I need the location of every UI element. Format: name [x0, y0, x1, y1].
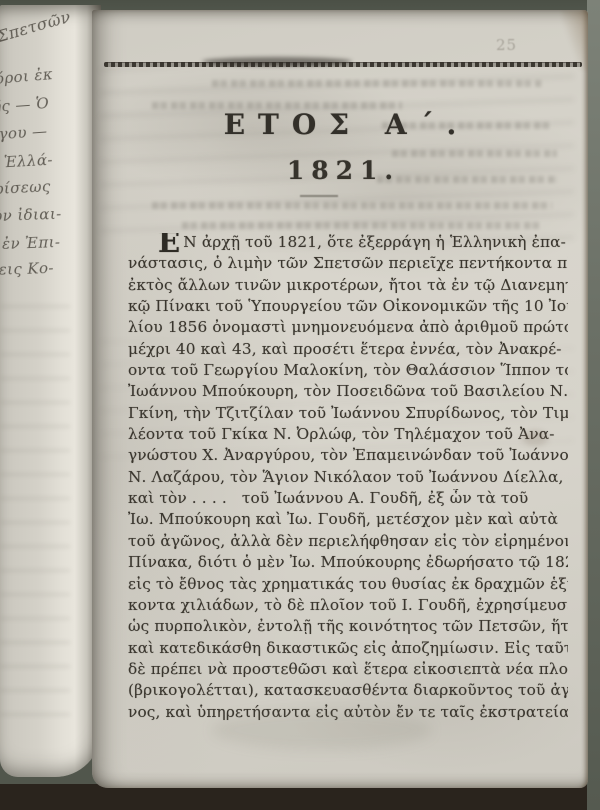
chapter-year: 1821. [92, 156, 588, 185]
body-line: Ν. Λαζάρου, τὸν Ἅγιον Νικόλαον τοῦ Ἰωάνν… [128, 468, 568, 489]
page-number: 25 [496, 36, 517, 54]
body-line: Ἰω. Μπούκουρη καὶ Ἰω. Γουδῆ, μετέσχον μὲ… [128, 510, 568, 531]
body-line: ἐκτὸς ἄλλων τινῶν μικροτέρων, ἤτοι τὰ ἐν… [128, 276, 568, 297]
body-line: δὲ πρέπει νὰ προστεθῶσι καὶ ἕτερα εἰκοσι… [128, 660, 568, 681]
facing-page-text-fragment: ἐν Ἐπι- [2, 233, 61, 253]
header-rule-smudge [202, 57, 352, 66]
body-lines: νάστασις, ὁ λιμὴν τῶν Σπετσῶν περιεῖχε π… [128, 254, 568, 724]
facing-page-text-fragment: Σπετσῶν [0, 7, 73, 46]
body-line: Γκίνη, τὴν Τζιτζίλαν τοῦ Ἰωάννου Σπυρίδω… [128, 404, 568, 425]
body-line: λέοντα τοῦ Γκίκα Ν. Ὀρλώφ, τὸν Τηλέμαχον… [128, 425, 568, 446]
body-line: γνώστου Χ. Ἀναργύρου, τὸν Ἐπαμεινώνδαν τ… [128, 446, 568, 467]
facing-page-text-fragment: ωρίσεως [0, 177, 51, 199]
body-line: Ἰωάννου Μπούκουρη, τὸν Ποσειδῶνα τοῦ Βασ… [128, 382, 568, 403]
body-line: εἰς τὸ ἔθνος τὰς χρηματικάς του θυσίας ἐ… [128, 575, 568, 596]
show-through-line [212, 80, 542, 87]
body-line: καὶ κατεδικάσθη δικαστικῶς εἰς ἀποζημίωσ… [128, 639, 568, 660]
body-line: (βρικογολέτται), κατασκευασθέντα διαρκοῦ… [128, 681, 568, 702]
chapter-title: ΕΤΟΣ Α΄. [92, 108, 588, 141]
body-line: καὶ τὸν . . . . τοῦ Ἰωάννου Α. Γουδῆ, ἐξ… [128, 489, 568, 510]
body-text: ΕΝ ἀρχῇ τοῦ 1821, ὅτε ἐξερράγη ἡ Ἑλληνικ… [128, 233, 568, 724]
facing-page-text-fragment: φόροι ἐκ [0, 65, 54, 89]
divider-dash [300, 195, 338, 197]
body-line: λίου 1856 ὀνομαστὶ μνημονευόμενα ἀπὸ ἀρι… [128, 318, 568, 339]
body-line: κῷ Πίνακι τοῦ Ὑπουργείου τῶν Οἰκονομικῶν… [128, 297, 568, 318]
body-first-line: ΕΝ ἀρχῇ τοῦ 1821, ὅτε ἐξερράγη ἡ Ἑλληνικ… [128, 233, 568, 254]
body-line: τοῦ ἀγῶνος, ἀλλὰ δὲν περιελήφθησαν εἰς τ… [128, 532, 568, 553]
body-line: οντα τοῦ Γεωργίου Μαλοκίνη, τὸν Θαλάσσιο… [128, 361, 568, 382]
body-line-text: Ν ἀρχῇ τοῦ 1821, ὅτε ἐξερράγη ἡ Ἑλληνικὴ… [183, 233, 566, 251]
body-line: μέχρι 40 καὶ 43, καὶ προσέτι ἕτερα ἐννέα… [128, 340, 568, 361]
body-line: κοντα χιλιάδων, τὸ δὲ πλοῖον τοῦ Ι. Γουδ… [128, 596, 568, 617]
page-corner-wear [562, 10, 588, 70]
facing-page-text-fragment: Ἑλλά- [4, 151, 54, 172]
book-page: 25 ΕΤΟΣ Α΄. 1821. ΕΝ ἀρχῇ τοῦ 1821, ὅτε … [92, 10, 588, 788]
facing-page-text-fragment: ῆς — Ὁ [0, 94, 50, 116]
body-line: ὡς πυρπολικὸν, ἐντολῇ τῆς κοινότητος τῶν… [128, 617, 568, 638]
book-photo: Σπετσῶνφόροι ἐκῆς — Ὁάγου —Ἑλλά-ωρίσεωςῶ… [0, 0, 600, 810]
body-line: νάστασις, ὁ λιμὴν τῶν Σπετσῶν περιεῖχε π… [128, 254, 568, 275]
drop-cap-initial: Ε [158, 235, 180, 249]
paper-stain [212, 710, 432, 750]
paper-stain [522, 430, 548, 446]
facing-page-edge: Σπετσῶνφόροι ἐκῆς — Ὁάγου —Ἑλλά-ωρίσεωςῶ… [0, 5, 101, 777]
backdrop [587, 0, 600, 810]
facing-page-text-fragment: σεις Κο- [0, 259, 54, 279]
body-line: Πίνακα, διότι ὁ μὲν Ἰω. Μπούκουρης ἐδωρή… [128, 553, 568, 574]
facing-page-text-fragment: ῶν ἰδιαι- [0, 205, 62, 225]
show-through-line [182, 222, 542, 229]
facing-page-text-fragment: άγου — [0, 122, 48, 144]
show-through-line [152, 202, 552, 209]
bleed-through-texture [0, 305, 70, 725]
